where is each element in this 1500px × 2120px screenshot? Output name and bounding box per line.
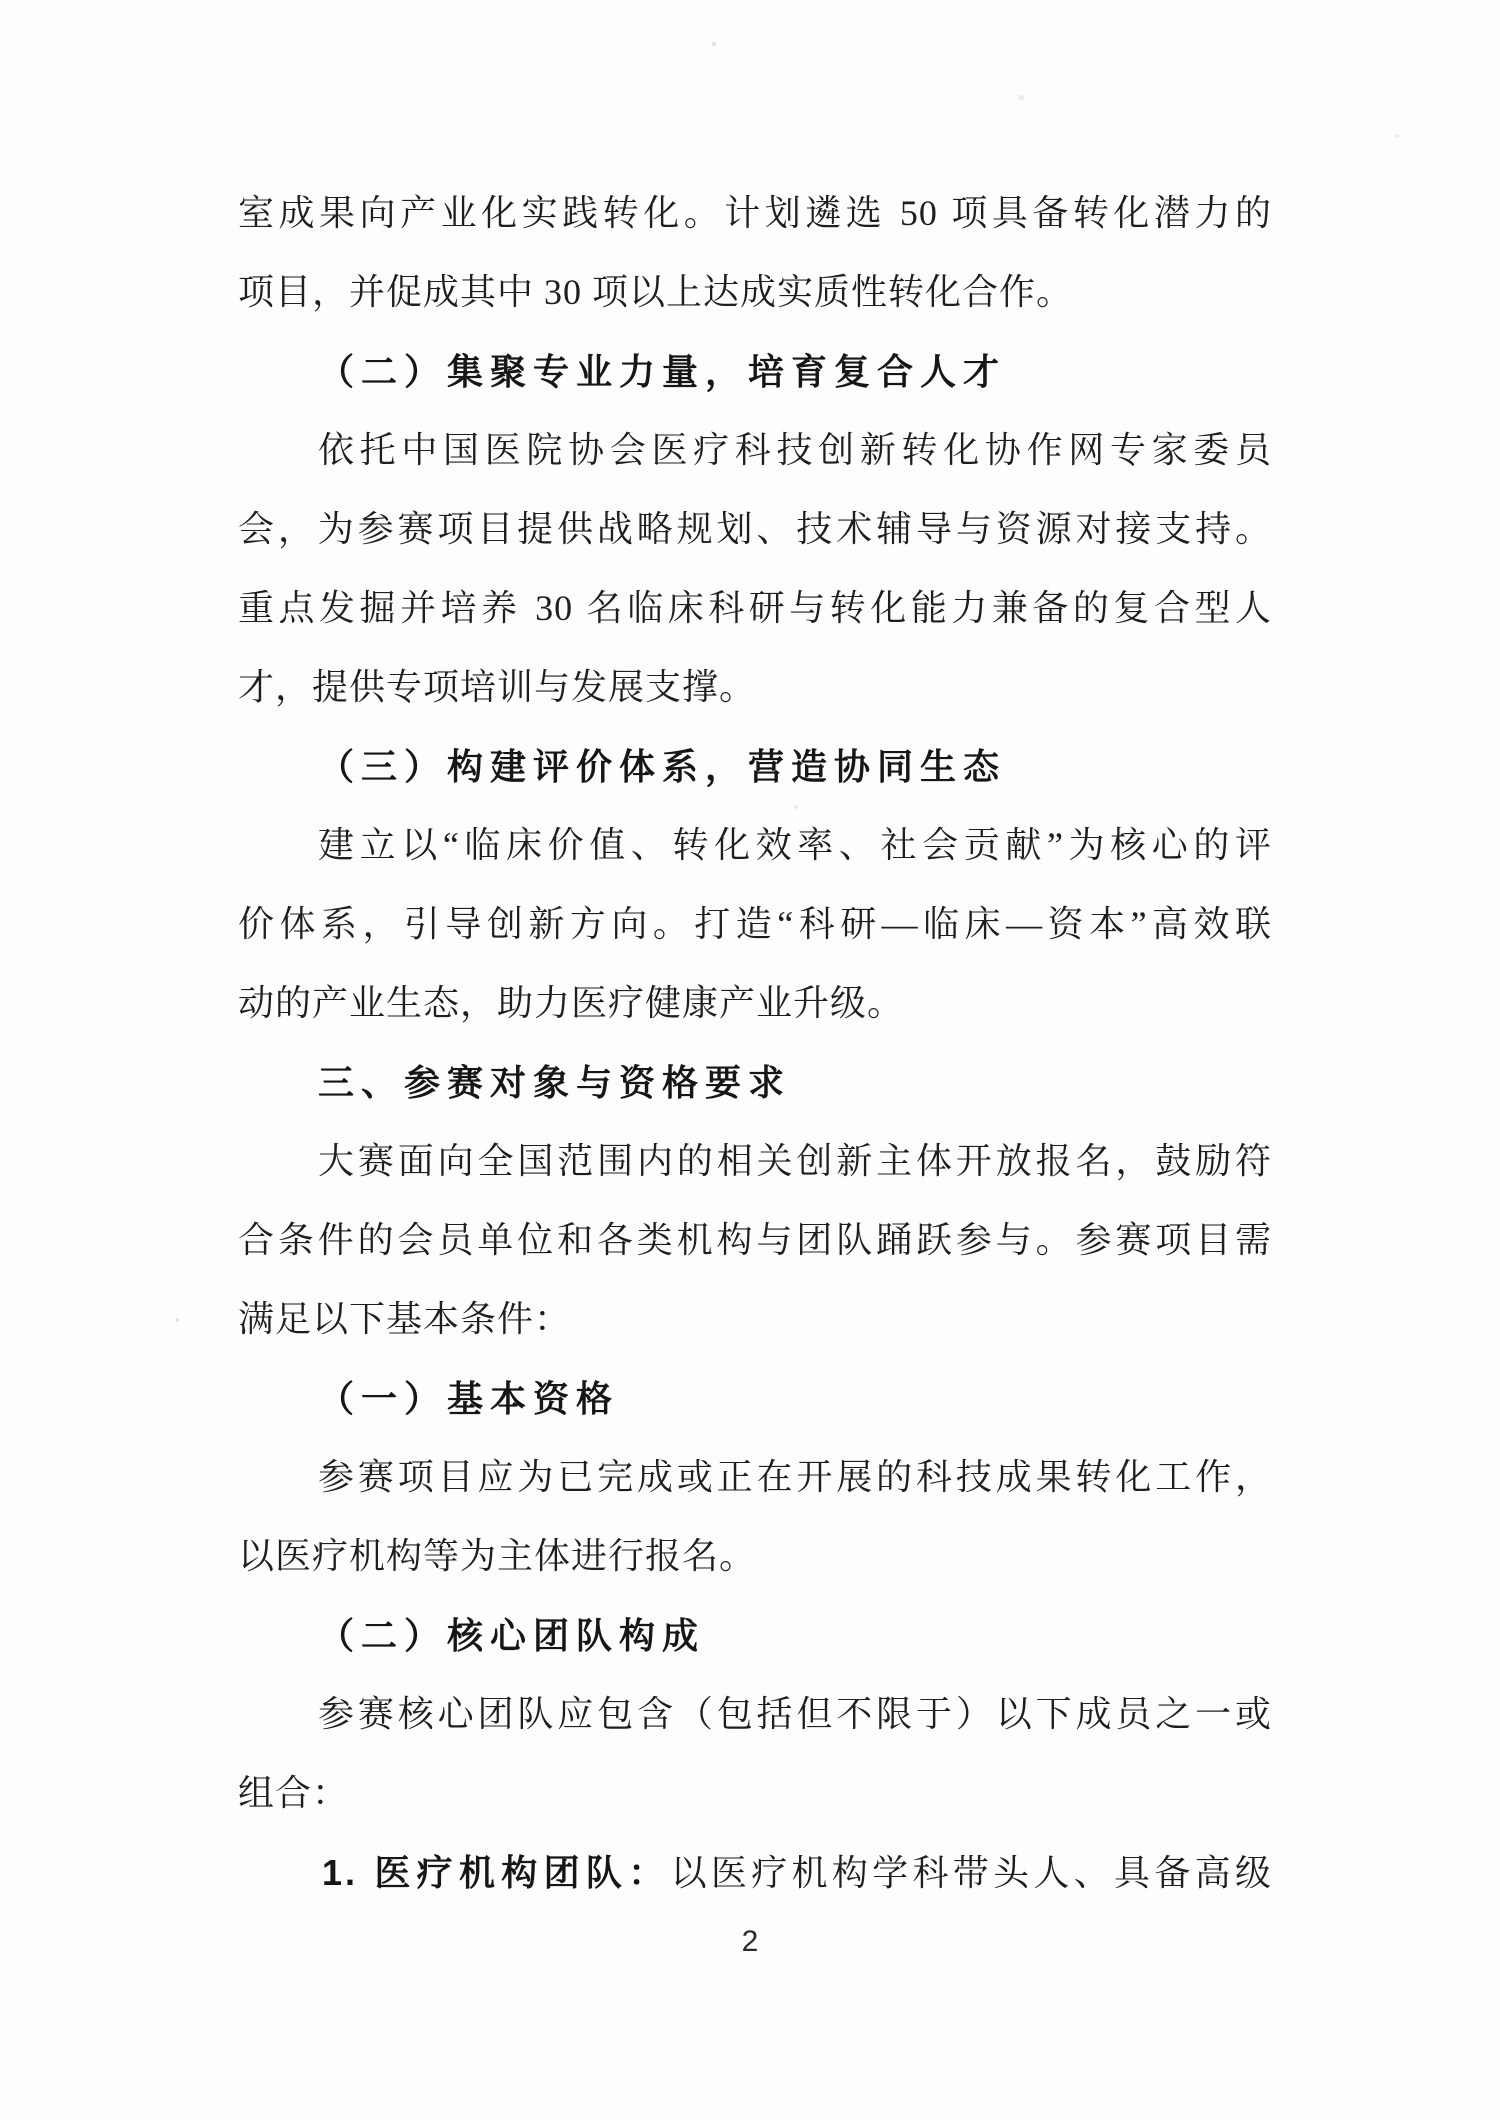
subsection-heading: （三）构建评价体系，营造协同生态 <box>238 727 1272 806</box>
page-number: 2 <box>0 1922 1500 1962</box>
body-line: 才，提供专项培训与发展支撑。 <box>238 648 1272 727</box>
list-item-text: 以医疗机构学科带头人、具备高级 <box>671 1853 1272 1893</box>
body-line: 会，为参赛项目提供战略规划、技术辅导与资源对接支持。 <box>238 490 1272 569</box>
body-line: 价体系，引导创新方向。打造“科研—临床—资本”高效联 <box>238 885 1272 964</box>
body-line: 参赛项目应为已完成或正在开展的科技成果转化工作， <box>238 1438 1272 1517</box>
scan-speck <box>1395 134 1399 138</box>
numbered-list-item: 1. 医疗机构团队：以医疗机构学科带头人、具备高级 <box>238 1833 1272 1912</box>
body-line: 参赛核心团队应包含（包括但不限于）以下成员之一或 <box>238 1675 1272 1754</box>
body-line: 依托中国医院协会医疗科技创新转化协作网专家委员 <box>238 411 1272 490</box>
body-line: 大赛面向全国范围内的相关创新主体开放报名，鼓励符 <box>238 1122 1272 1201</box>
scan-speck <box>794 805 798 809</box>
document-text: 室成果向产业化实践转化。计划遴选 50 项具备转化潜力的 项目，并促成其中 30… <box>238 174 1272 1912</box>
body-line: 重点发掘并培养 30 名临床科研与转化能力兼备的复合型人 <box>238 569 1272 648</box>
scan-speck <box>712 42 716 46</box>
subsection-heading: （二）核心团队构成 <box>238 1596 1272 1675</box>
body-line: 室成果向产业化实践转化。计划遴选 50 项具备转化潜力的 <box>238 174 1272 253</box>
body-line: 建立以“临床价值、转化效率、社会贡献”为核心的评 <box>238 806 1272 885</box>
body-line: 项目，并促成其中 30 项以上达成实质性转化合作。 <box>238 253 1272 332</box>
scan-speck <box>176 1318 179 1322</box>
document-page: 室成果向产业化实践转化。计划遴选 50 项具备转化潜力的 项目，并促成其中 30… <box>0 0 1500 2120</box>
body-line: 组合： <box>238 1754 1272 1833</box>
subsection-heading: （二）集聚专业力量，培育复合人才 <box>238 332 1272 411</box>
body-line: 以医疗机构等为主体进行报名。 <box>238 1517 1272 1596</box>
body-line: 满足以下基本条件： <box>238 1280 1272 1359</box>
body-line: 合条件的会员单位和各类机构与团队踊跃参与。参赛项目需 <box>238 1201 1272 1280</box>
list-item-term: 1. 医疗机构团队： <box>322 1852 671 1893</box>
subsection-heading: （一）基本资格 <box>238 1359 1272 1438</box>
part-heading: 三、参赛对象与资格要求 <box>238 1043 1272 1122</box>
body-line: 动的产业生态，助力医疗健康产业升级。 <box>238 964 1272 1043</box>
scan-speck <box>1019 95 1024 100</box>
